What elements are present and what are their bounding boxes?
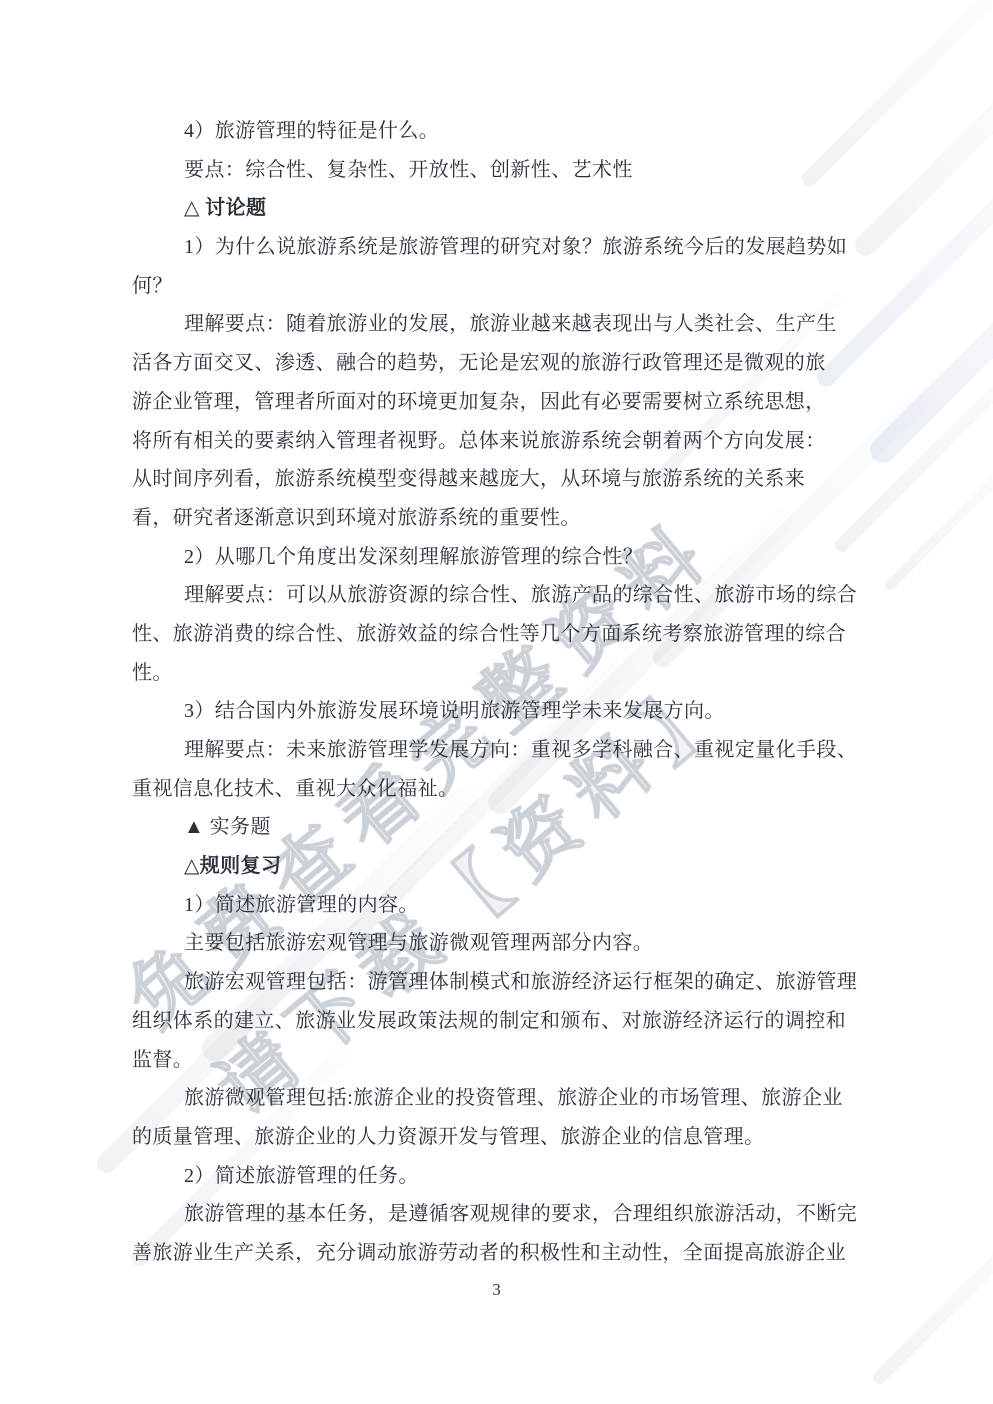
- text-line: 旅游微观管理包括:旅游企业的投资管理、旅游企业的市场管理、旅游企业: [132, 1079, 864, 1118]
- brush-streak: [865, 238, 993, 469]
- text-line: 3）结合国内外旅游发展环境说明旅游管理学未来发展方向。: [132, 692, 864, 731]
- text-line: 游企业管理，管理者所面对的环境更加复杂，因此有必要需要树立系统思想，: [132, 383, 864, 422]
- text-line: 组织体系的建立、旅游业发展政策法规的制定和颁布、对旅游经济运行的调控和: [132, 1002, 864, 1041]
- text-line: △ 讨论题: [132, 189, 864, 228]
- text-line: 将所有相关的要素纳入管理者视野。总体来说旅游系统会朝着两个方向发展：: [132, 422, 864, 461]
- text-line: 重视信息化技术、重视大众化福祉。: [132, 770, 864, 809]
- text-line: 何？: [132, 267, 864, 306]
- text-line: ▲ 实务题: [132, 808, 864, 847]
- text-line: △规则复习: [132, 847, 864, 886]
- text-line: 善旅游业生产关系，充分调动旅游劳动者的积极性和主动性，全面提高旅游企业: [132, 1234, 864, 1273]
- page-number: 3: [0, 1276, 993, 1304]
- text-line: 监督。: [132, 1041, 864, 1080]
- text-line: 1）简述旅游管理的内容。: [132, 886, 864, 925]
- text-line: 主要包括旅游宏观管理与旅游微观管理两部分内容。: [132, 924, 864, 963]
- text-line: 要点：综合性、复杂性、开放性、创新性、艺术性: [132, 151, 864, 190]
- brush-streak: [850, 61, 993, 260]
- text-line: 理解要点：可以从旅游资源的综合性、旅游产品的综合性、旅游市场的综合: [132, 576, 864, 615]
- text-line: 旅游管理的基本任务，是遵循客观规律的要求，合理组织旅游活动，不断完: [132, 1195, 864, 1234]
- text-line: 性。: [132, 654, 864, 693]
- text-line: 2）从哪几个角度出发深刻理解旅游管理的综合性？: [132, 538, 864, 577]
- text-line: 理解要点：未来旅游管理学发展方向：重视多学科融合、重视定量化手段、: [132, 731, 864, 770]
- document-lines: 4）旅游管理的特征是什么。要点：综合性、复杂性、开放性、创新性、艺术性△ 讨论题…: [132, 112, 864, 1273]
- text-line: 2）简述旅游管理的任务。: [132, 1157, 864, 1196]
- text-line: 4）旅游管理的特征是什么。: [132, 112, 864, 151]
- text-line: 活各方面交叉、渗透、融合的趋势，无论是宏观的旅游行政管理还是微观的旅: [132, 344, 864, 383]
- text-line: 性、旅游消费的综合性、旅游效益的综合性等几个方面系统考察旅游管理的综合: [132, 615, 864, 654]
- text-line: 的质量管理、旅游企业的人力资源开发与管理、旅游企业的信息管理。: [132, 1118, 864, 1157]
- text-line: 1）为什么说旅游系统是旅游管理的研究对象？旅游系统今后的发展趋势如: [132, 228, 864, 267]
- text-line: 从时间序列看，旅游系统模型变得越来越庞大，从环境与旅游系统的关系来: [132, 460, 864, 499]
- brush-streak: [883, 458, 993, 592]
- document-page: 免费查看完整资料请下载【资料】 4）旅游管理的特征是什么。要点：综合性、复杂性、…: [0, 0, 993, 1404]
- text-line: 看，研究者逐渐意识到环境对旅游系统的重要性。: [132, 499, 864, 538]
- text-line: 理解要点：随着旅游业的发展，旅游业越来越表现出与人类社会、生产生: [132, 305, 864, 344]
- text-line: 旅游宏观管理包括：游管理体制模式和旅游经济运行框架的确定、旅游管理: [132, 963, 864, 1002]
